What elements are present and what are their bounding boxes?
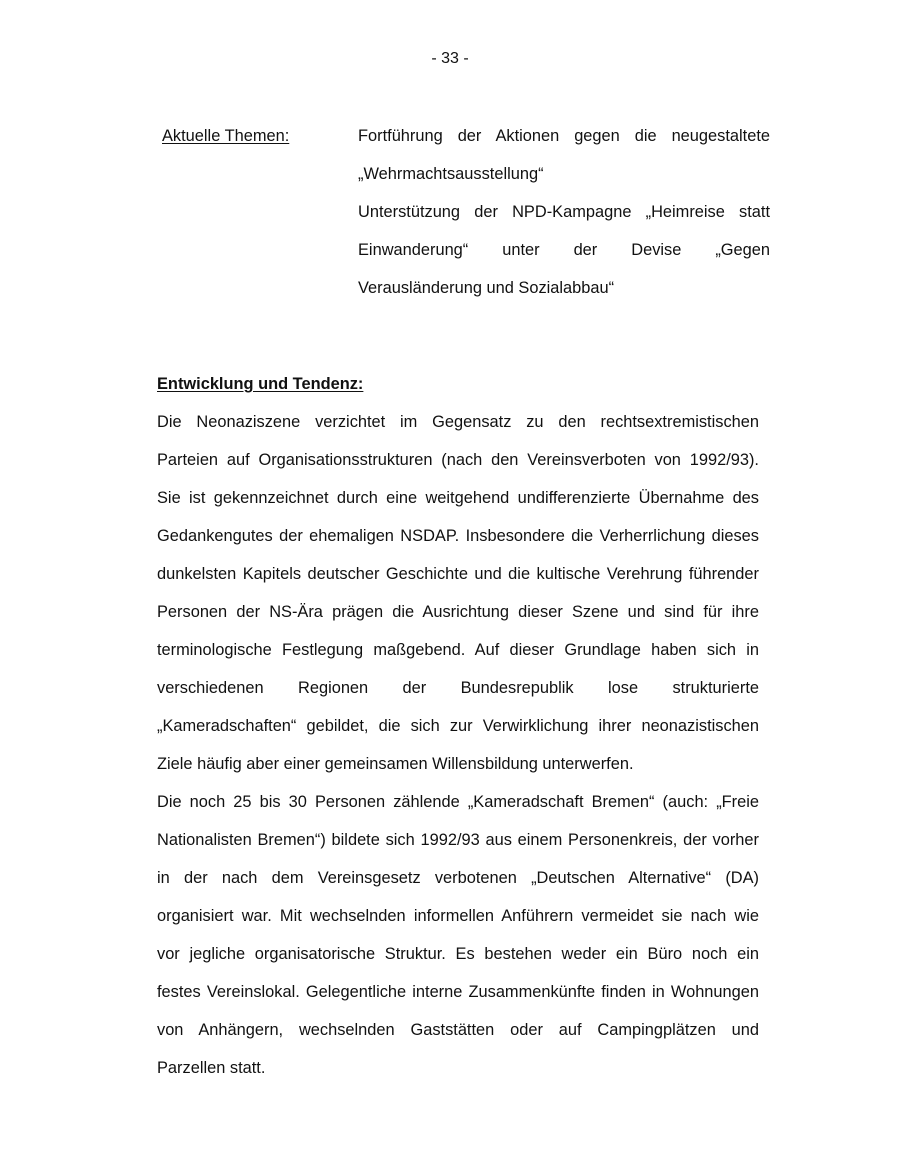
text-line: Ziele häufig aber einer gemeinsamen Will… xyxy=(157,754,759,774)
text-line: dunkelsten Kapitels deutscher Geschichte… xyxy=(157,564,759,584)
text-line: festes Vereinslokal. Gelegentliche inter… xyxy=(157,982,759,1002)
text-line: Parzellen statt. xyxy=(157,1058,759,1078)
topics-line: Unterstützung der NPD-Kampagne „Heimreis… xyxy=(358,202,770,222)
section-heading: Entwicklung und Tendenz: xyxy=(157,374,363,394)
text-line: verschiedenen Regionen der Bundesrepubli… xyxy=(157,678,759,698)
text-line: von Anhängern, wechselnden Gaststätten o… xyxy=(157,1020,759,1040)
text-line: terminologische Festlegung maßgebend. Au… xyxy=(157,640,759,660)
text-line: Nationalisten Bremen“) bildete sich 1992… xyxy=(157,830,759,850)
current-topics-label: Aktuelle Themen: xyxy=(162,126,289,146)
topics-line: Einwanderung“ unter der Devise „Gegen xyxy=(358,240,770,260)
text-line: vor jegliche organisatorische Struktur. … xyxy=(157,944,759,964)
text-line: Die noch 25 bis 30 Personen zählende „Ka… xyxy=(157,792,759,812)
page-number: - 33 - xyxy=(0,49,900,69)
topics-line: Verausländerung und Sozialabbau“ xyxy=(358,278,770,298)
text-line: „Kameradschaften“ gebildet, die sich zur… xyxy=(157,716,759,736)
text-line: in der nach dem Vereinsgesetz verbotenen… xyxy=(157,868,759,888)
topics-line: „Wehrmachtsausstellung“ xyxy=(358,164,770,184)
text-line: Gedankengutes der ehemaligen NSDAP. Insb… xyxy=(157,526,759,546)
topics-line: Fortführung der Aktionen gegen die neuge… xyxy=(358,126,770,146)
text-line: Parteien auf Organisationsstrukturen (na… xyxy=(157,450,759,470)
text-line: organisiert war. Mit wechselnden informe… xyxy=(157,906,759,926)
text-line: Personen der NS-Ära prägen die Ausrichtu… xyxy=(157,602,759,622)
text-line: Sie ist gekennzeichnet durch eine weitge… xyxy=(157,488,759,508)
text-line: Die Neonaziszene verzichtet im Gegensatz… xyxy=(157,412,759,432)
